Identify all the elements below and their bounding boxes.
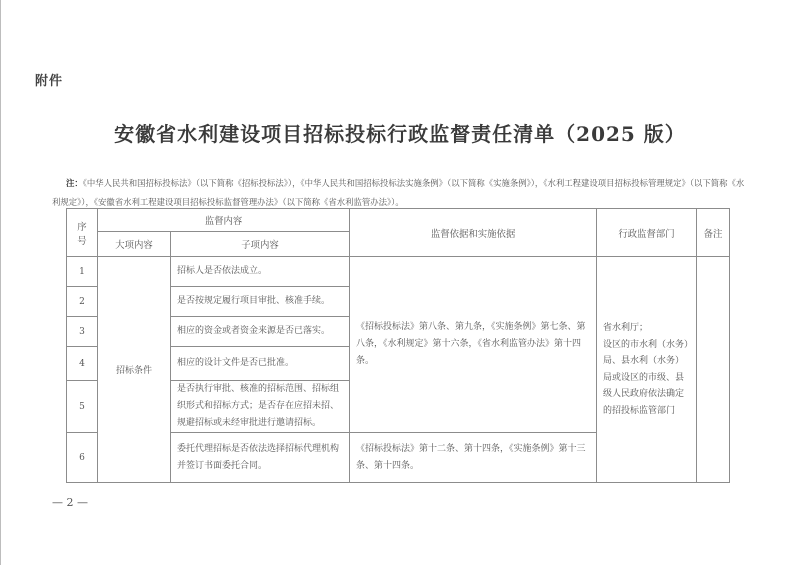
header-subitem: 子项内容 xyxy=(171,232,350,257)
row-number: 2 xyxy=(67,287,98,317)
row-number: 5 xyxy=(67,381,98,433)
subitem-cell: 招标人是否依法成立。 xyxy=(171,257,350,287)
abbreviation-note: 注：《中华人民共和国招标投标法》（以下简称《招标投标法》），《中华人民共和国招标… xyxy=(52,174,752,212)
dept-cell: 省水利厅； 设区的市水利（水务）局、县水利（水务）局或设区的市级、县级人民政府依… xyxy=(597,257,697,483)
header-category: 大项内容 xyxy=(98,232,171,257)
subitem-cell: 相应的设计文件是否已批准。 xyxy=(171,347,350,381)
remarks-cell xyxy=(697,257,730,483)
page-edge-line xyxy=(0,0,1,565)
header-no: 序号 xyxy=(67,209,98,257)
category-cell: 招标条件 xyxy=(98,257,171,483)
row-number: 1 xyxy=(67,257,98,287)
row-number: 3 xyxy=(67,317,98,347)
subitem-cell: 相应的资金或者资金来源是否已落实。 xyxy=(171,317,350,347)
basis-cell: 《招标投标法》第八条、第九条，《实施条例》第七条、第八条，《水利规定》第十六条，… xyxy=(350,257,597,433)
row-number: 4 xyxy=(67,347,98,381)
responsibility-table: 序号 监督内容 监督依据和实施依据 行政监督部门 备注 大项内容 子项内容 1 … xyxy=(66,208,730,483)
dept-text: 省水利厅； 设区的市水利（水务）局、县水利（水务）局或设区的市级、县级人民政府依… xyxy=(603,323,689,416)
note-label: 注： xyxy=(66,178,83,188)
subitem-cell: 委托代理招标是否依法选择招标代理机构并签订书面委托合同。 xyxy=(171,433,350,483)
subitem-cell: 是否按规定履行项目审批、核准手续。 xyxy=(171,287,350,317)
note-text: 《中华人民共和国招标投标法》（以下简称《招标投标法》），《中华人民共和国招标投标… xyxy=(52,178,744,207)
page-number: — 2 — xyxy=(52,496,88,509)
document-title: 安徽省水利建设项目招标投标行政监督责任清单（2025 版） xyxy=(0,118,800,147)
header-remarks: 备注 xyxy=(697,209,730,257)
header-content-group: 监督内容 xyxy=(98,209,350,232)
attachment-label: 附件 xyxy=(35,70,63,89)
table-row: 1 招标条件 招标人是否依法成立。 《招标投标法》第八条、第九条，《实施条例》第… xyxy=(67,257,730,287)
header-dept: 行政监督部门 xyxy=(597,209,697,257)
header-basis: 监督依据和实施依据 xyxy=(350,209,597,257)
subitem-cell: 是否执行审批、核准的招标范围、招标组织形式和招标方式；是否存在应招未招、规避招标… xyxy=(171,381,350,433)
header-row-1: 序号 监督内容 监督依据和实施依据 行政监督部门 备注 xyxy=(67,209,730,232)
row-number: 6 xyxy=(67,433,98,483)
basis-cell: 《招标投标法》第十二条、第十四条，《实施条例》第十三条、第十四条。 xyxy=(350,433,597,483)
